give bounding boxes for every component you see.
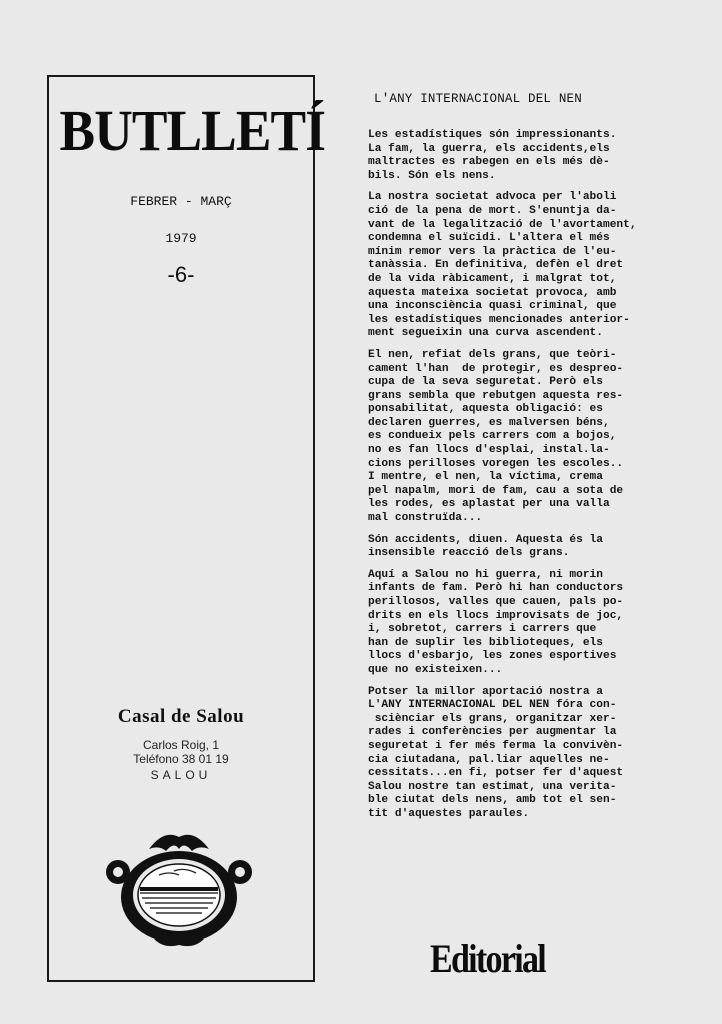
- article-paragraph: Potser la millor aportació nostra a L'AN…: [368, 686, 688, 822]
- address-town: SALOU: [49, 768, 313, 782]
- article-paragraph: Aquí a Salou no hi guerra, ni morin infa…: [368, 569, 688, 678]
- issue-number: -6-: [49, 262, 313, 288]
- section-label: Editorial: [430, 935, 545, 982]
- article-paragraph: Les estadístiques són impressionants. La…: [368, 129, 688, 183]
- organization-name: Casal de Salou: [49, 706, 313, 728]
- editorial-article: L'ANY INTERNACIONAL DEL NEN Les estadíst…: [368, 92, 688, 830]
- article-paragraph: Són accidents, diuen. Aquesta és la inse…: [368, 534, 688, 561]
- emblem-icon: [104, 827, 254, 952]
- issue-months: FEBRER - MARÇ: [49, 194, 313, 209]
- address-phone: Teléfono 38 01 19: [49, 752, 313, 766]
- address-street: Carlos Roig, 1: [49, 738, 313, 752]
- cover-panel: BUTLLETÍ FEBRER - MARÇ 1979 -6- Casal de…: [47, 75, 315, 982]
- issue-year: 1979: [49, 231, 313, 246]
- masthead-title: BUTLLETÍ: [60, 97, 303, 164]
- article-paragraph: La nostra societat advoca per l'aboli ci…: [368, 191, 688, 341]
- article-title: L'ANY INTERNACIONAL DEL NEN: [374, 92, 688, 106]
- article-paragraph: El nen, refiat dels grans, que teòri- ca…: [368, 349, 688, 526]
